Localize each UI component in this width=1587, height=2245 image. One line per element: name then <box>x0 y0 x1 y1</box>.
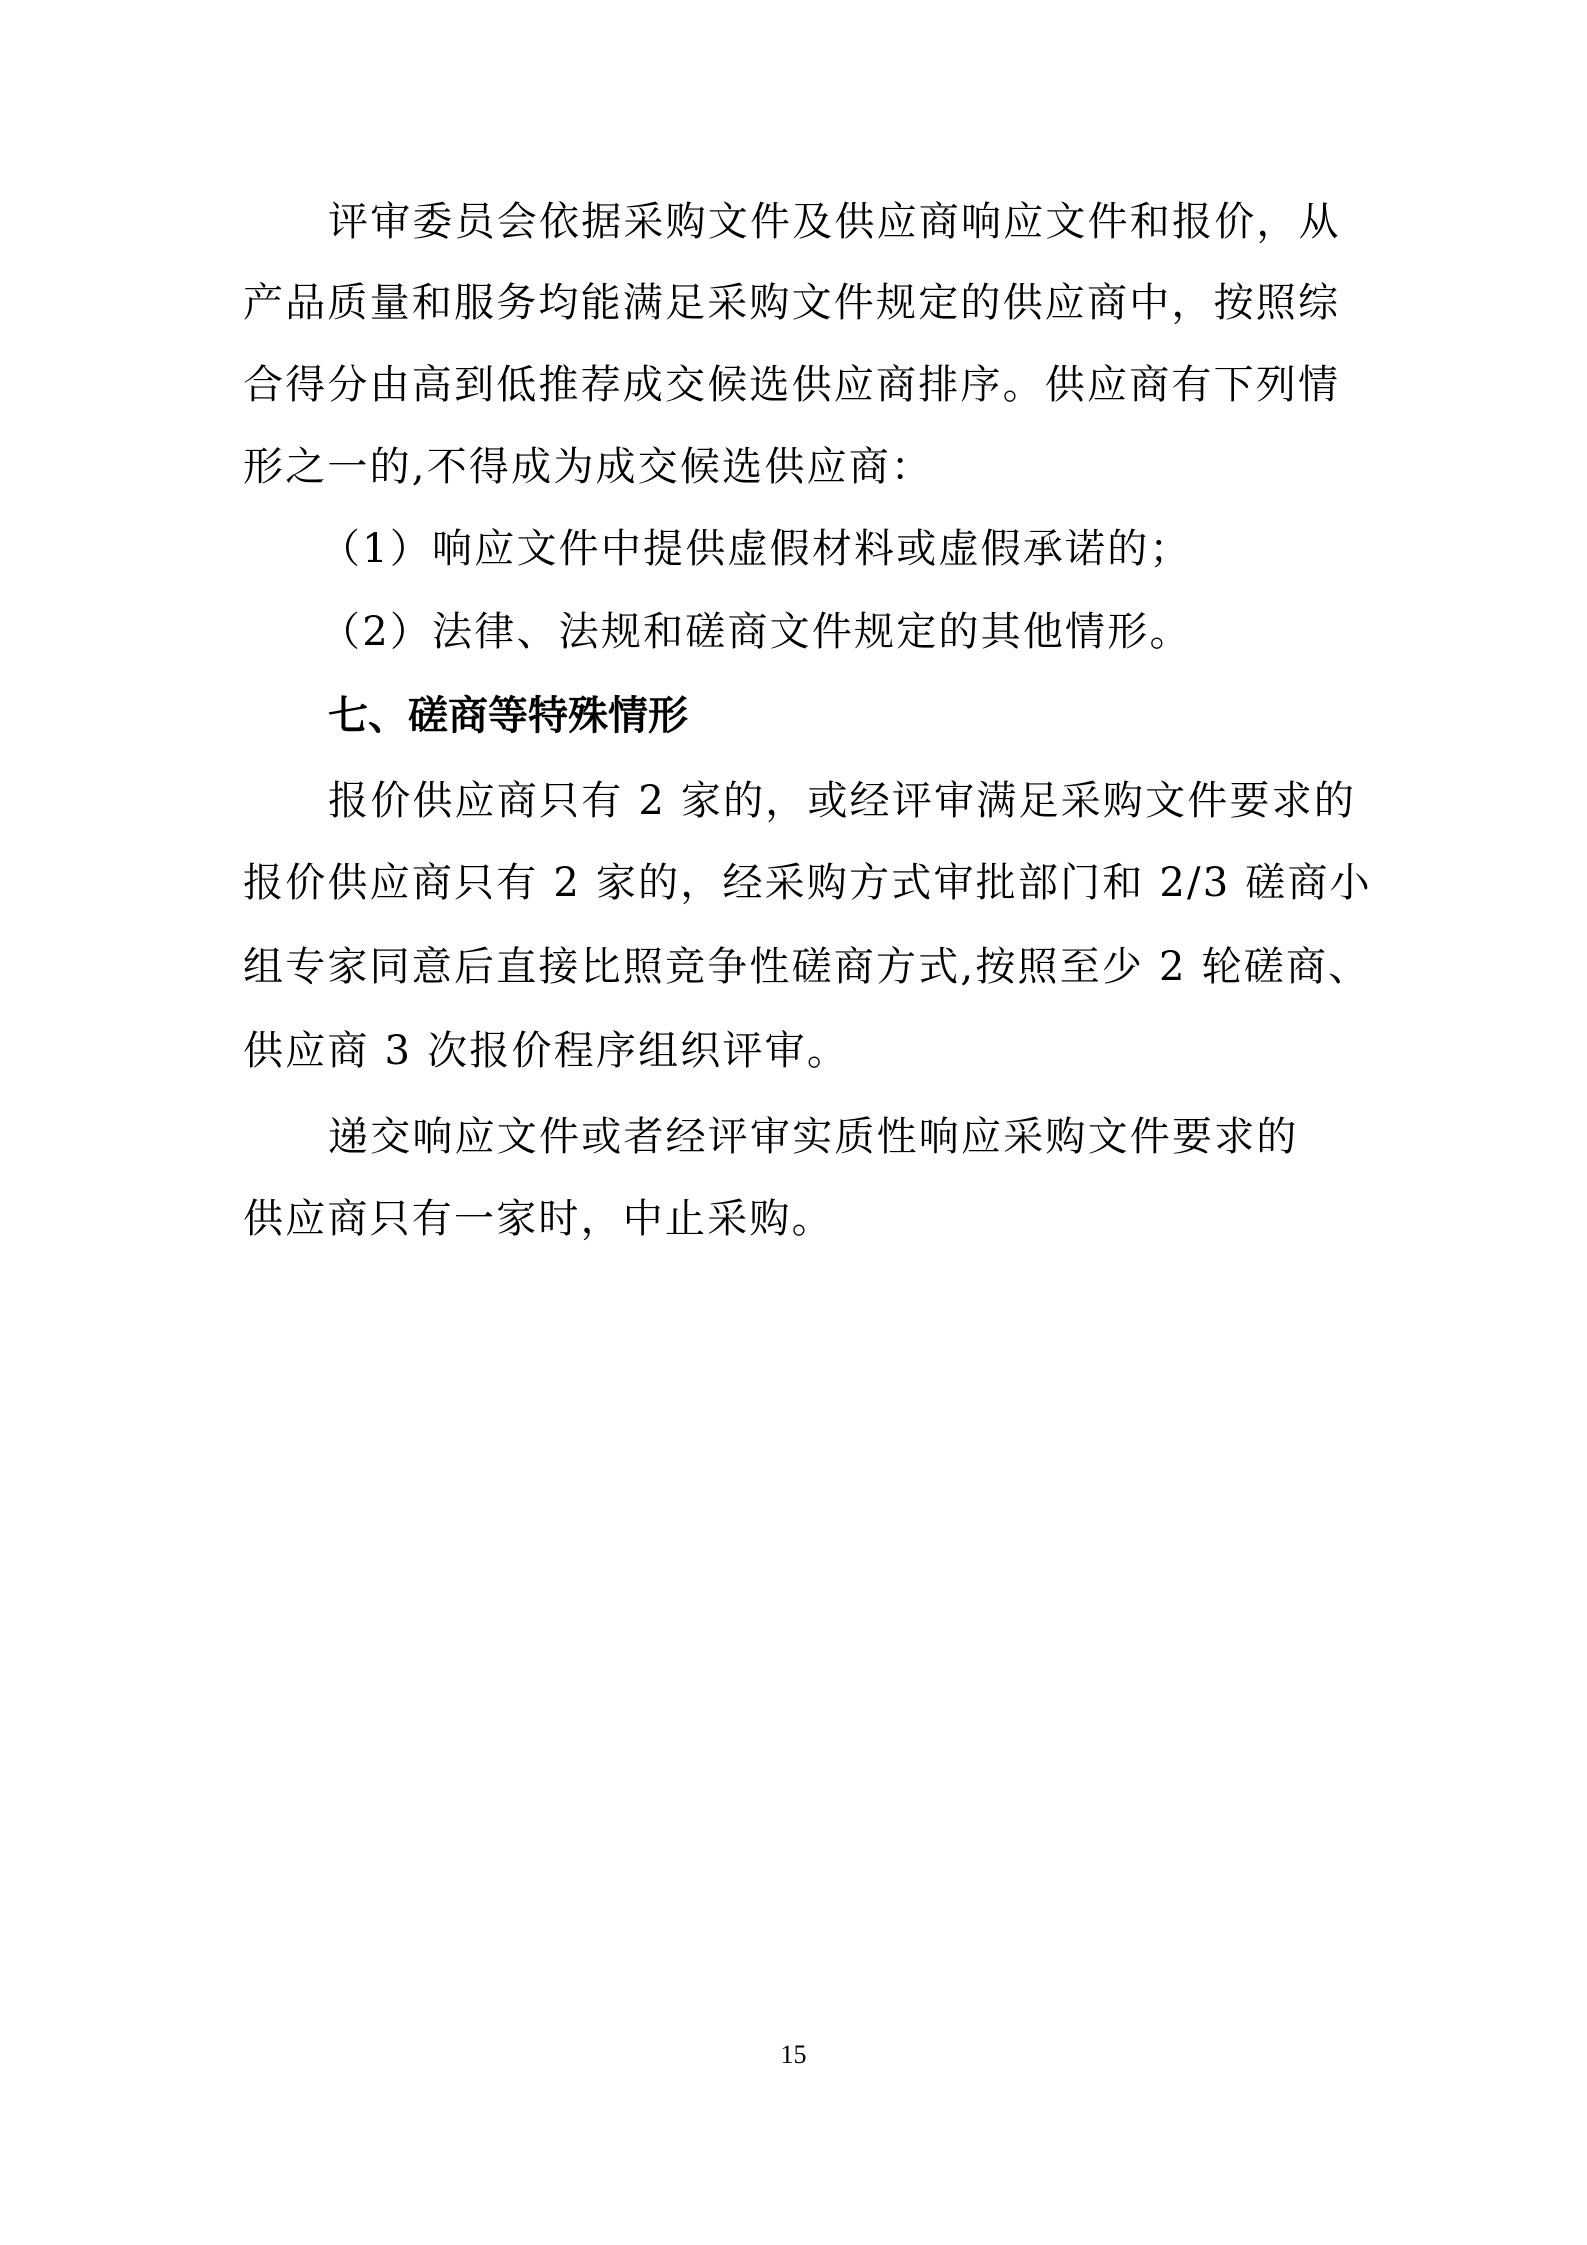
paragraph-1-line-3: 合得分由高到低推荐成交候选供应商排序。供应商有下列情 <box>243 355 1353 415</box>
paragraph-2-line-4: 供应商 3 次报价程序组织评审。 <box>243 1021 1353 1081</box>
paragraph-3-line-1: 递交响应文件或者经评审实质性响应采购文件要求的 <box>328 1107 1438 1167</box>
paragraph-3-line-2: 供应商只有一家时，中止采购。 <box>243 1189 1353 1249</box>
page-number: 15 <box>0 2040 1587 2070</box>
section-heading: 七、磋商等特殊情形 <box>328 686 688 746</box>
paragraph-1-line-2: 产品质量和服务均能满足采购文件规定的供应商中，按照综 <box>243 273 1353 333</box>
paragraph-2-line-1: 报价供应商只有 2 家的，或经评审满足采购文件要求的 <box>328 771 1438 831</box>
paragraph-1-line-4: 形之一的,不得成为成交候选供应商： <box>243 437 1353 497</box>
paragraph-1-line-1: 评审委员会依据采购文件及供应商响应文件和报价，从 <box>328 192 1438 252</box>
document-page: 评审委员会依据采购文件及供应商响应文件和报价，从 产品质量和服务均能满足采购文件… <box>0 0 1587 2245</box>
list-item-2: （2）法律、法规和磋商文件规定的其他情形。 <box>320 602 1430 662</box>
paragraph-2-line-3: 组专家同意后直接比照竞争性磋商方式,按照至少 2 轮磋商、 <box>243 937 1353 997</box>
paragraph-2-line-2: 报价供应商只有 2 家的，经采购方式审批部门和 2/3 磋商小 <box>243 853 1353 913</box>
list-item-1: （1）响应文件中提供虚假材料或虚假承诺的； <box>320 519 1430 579</box>
